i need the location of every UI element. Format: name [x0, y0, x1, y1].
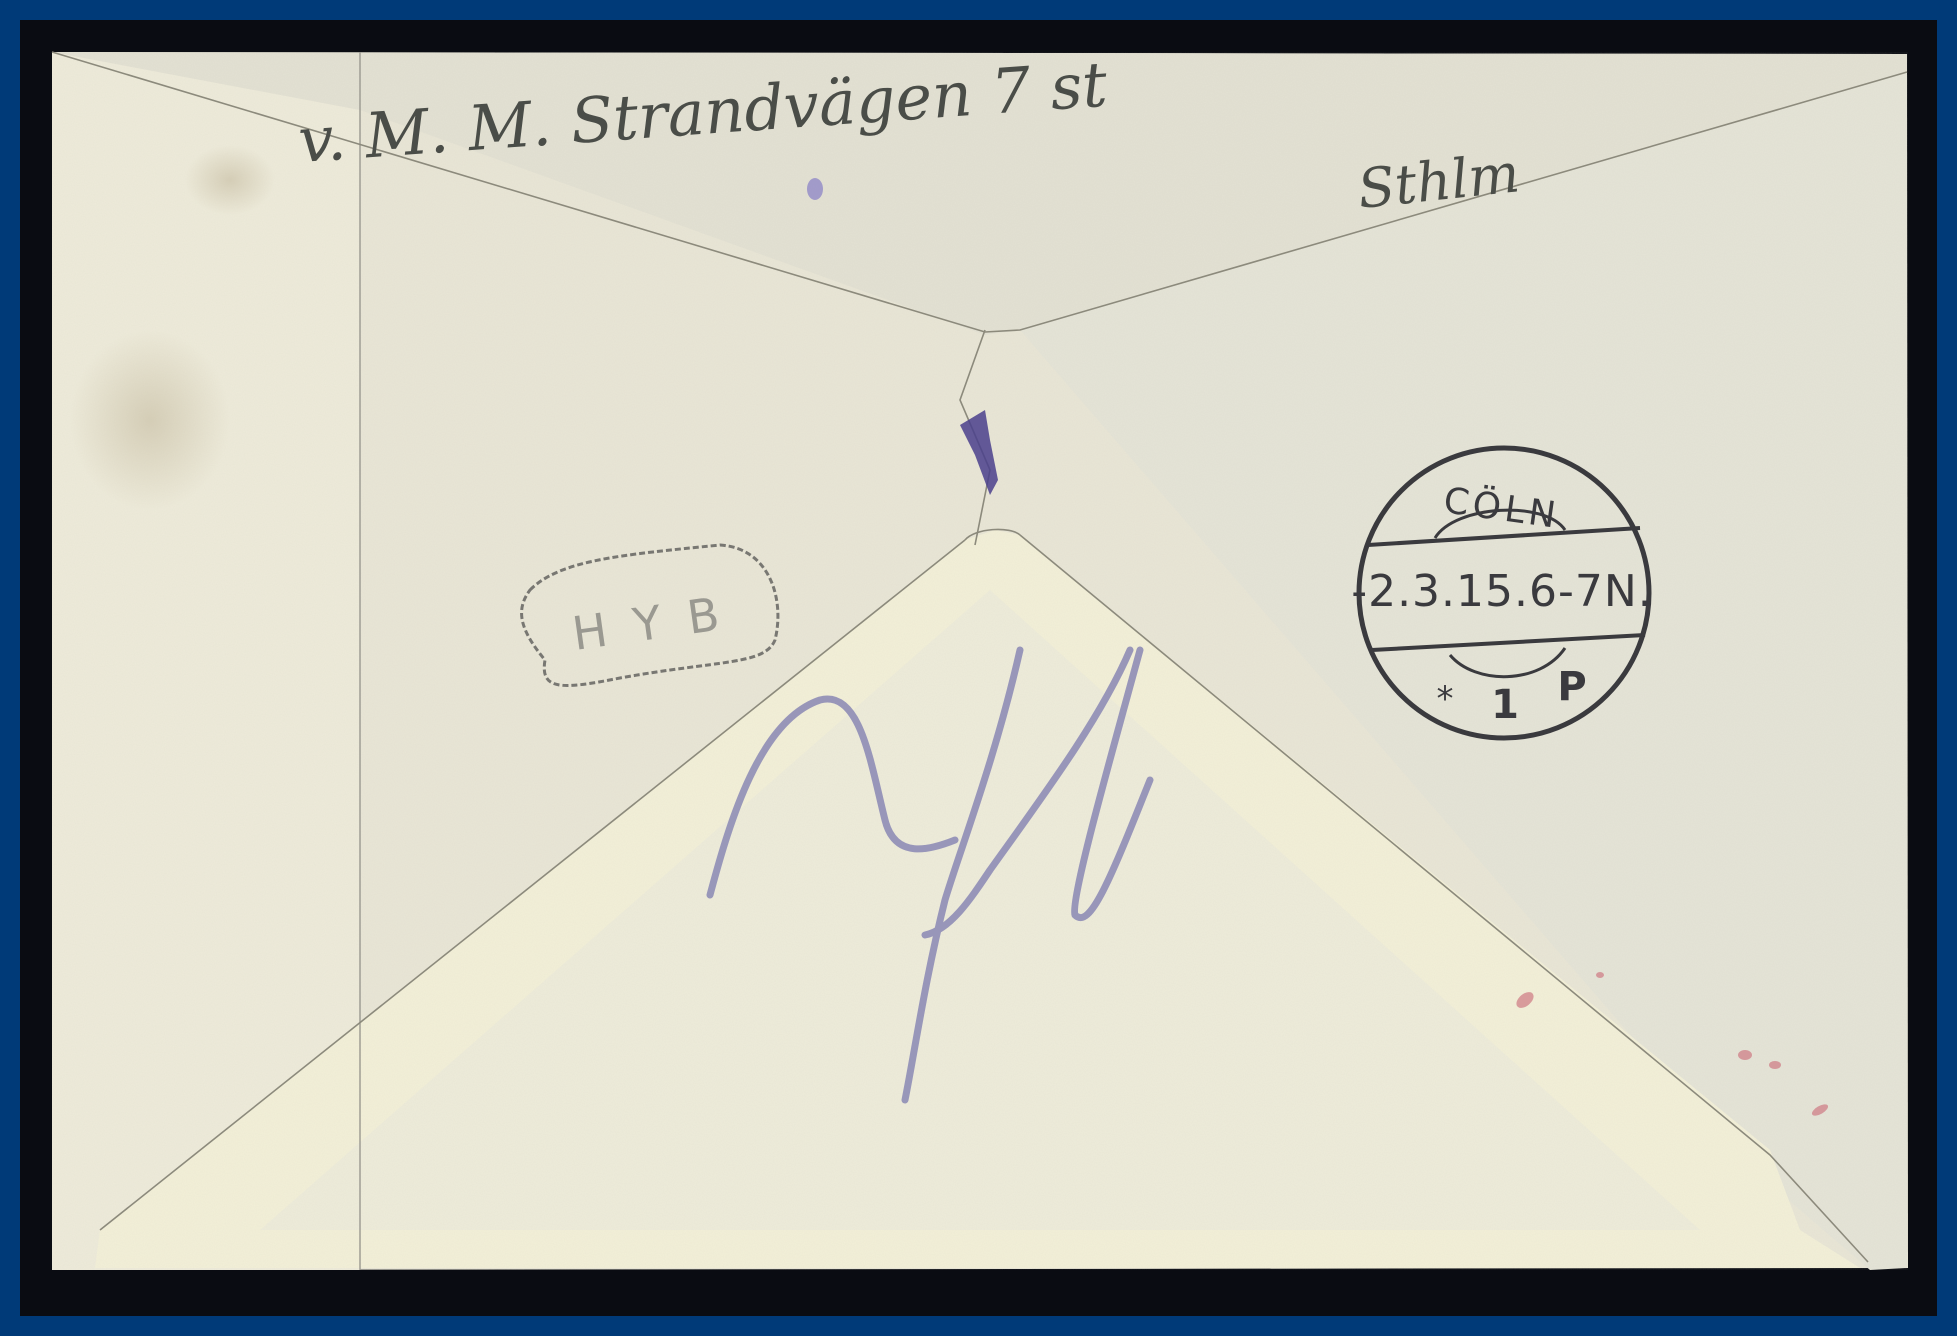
postmark-star: * [1437, 679, 1454, 719]
postmark-date: -2.3.15.6-7N. [1351, 566, 1653, 617]
postmark-office-suffix: P [1557, 664, 1586, 710]
envelope-scan: v. M. M. Strandvägen 7 st Sthlm Yl H Y B… [0, 0, 1957, 1336]
postmark-office: 1 [1491, 682, 1519, 728]
pencil-mark-text: Yl [0, 0, 2, 1]
violet-ink-dot [807, 178, 823, 200]
